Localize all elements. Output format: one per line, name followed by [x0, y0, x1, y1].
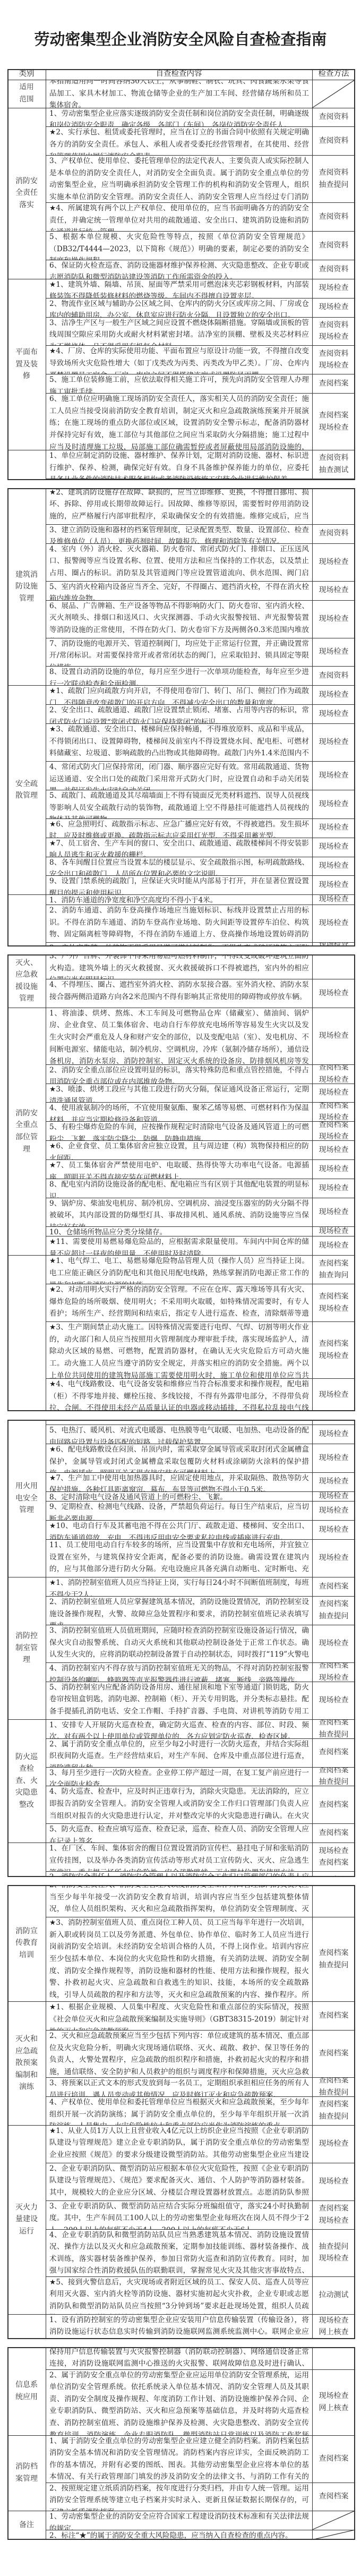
check-item-text: ★3、生产期间禁止动火施工。因特殊情况需要进行电焊、气焊、切割等明火作业的，动火…	[46, 1321, 312, 1378]
major-risk-star-icon: ★	[49, 347, 56, 355]
check-method: 查阅档案	[312, 1823, 355, 1843]
category-label: 消防档案管理	[7, 2435, 46, 2511]
check-item-text: 2、灭火和应急疏散预案应当至少包括下列内容：单位或建筑的基本情况、重点部位及火灾…	[46, 2030, 312, 2077]
method-label: 查阅资料	[319, 135, 349, 147]
method-label: 抽查测试	[319, 464, 349, 476]
method-label: 抽查提问	[319, 179, 349, 191]
item-text: 2、消防安全责任人、消防安全管理人以及消防安全工作归口管理部门的负责人应当至少每…	[49, 1885, 309, 1917]
method-label: 现场检查	[319, 1845, 349, 1857]
check-method: 现场检查	[312, 905, 355, 942]
item-text: 6、应急照明灯、疏散指示标志、应急广播应完好有效，不得被遮挡。发生损坏时，应及时…	[49, 820, 309, 838]
method-label: 查阅资料	[319, 319, 349, 331]
check-method: 现场检查	[312, 1198, 355, 1226]
check-item-text: ★11、需要使用易燃易爆危险品的，应根据需求限量使用。车间内中间仓库的储量不应超…	[46, 1236, 312, 1255]
method-label: 现场检查	[319, 798, 349, 811]
check-method: 现场检查	[312, 838, 355, 857]
method-label: 抽查提问	[319, 1874, 349, 1877]
check-item-text: 8、配电室内消防设施设备的配电柜、配电箱应当有区别于其他配电装置的明显标识。	[46, 1179, 312, 1198]
method-label: 现场检查	[319, 2390, 349, 2402]
method-label: 现场检查	[319, 1475, 349, 1488]
method-label: 现场检查	[319, 736, 349, 748]
check-item-text: 4、产权单位、使用单位和委托管理单位应当根据灭火和应急疏散预案，至少每年组织开展…	[46, 2096, 312, 2125]
method-label: 现场检查	[319, 613, 349, 625]
major-risk-star-icon: ★	[49, 1161, 56, 1170]
item-text: 5、室内消火栓箱内设备应当齐全、完好，不得圈占、遮挡消火栓，不得在消火栓箱内堆放…	[49, 583, 309, 600]
item-text: 5、疏散门、疏散通道及其尽端墙面上不得有镜面反光类材料遮挡、误导人员视线等影响人…	[49, 791, 309, 818]
method-label: 现场检查	[319, 1206, 349, 1218]
item-text: 8、定时清除电气设备及通风管道上的可燃粉尘、飞絮。	[49, 1493, 227, 1502]
method-label: 查阅档案	[319, 2048, 349, 2060]
item-text: 3、生产期间禁止动火施工。因特殊情况需要进行电焊、气焊、切割等明火作业的，动火部…	[49, 1323, 309, 1378]
method-label: 查阅档案	[319, 1338, 349, 1350]
check-method: 现场检查查阅档案	[312, 1843, 355, 1871]
check-method: 现场检查	[312, 1539, 355, 1577]
method-label: 现场检查	[319, 770, 349, 782]
method-label: 查阅资料	[319, 263, 349, 276]
category-label: 防火巡查检查、火灾隐患整改	[7, 1719, 46, 1843]
check-method: 现场检查	[312, 790, 355, 818]
check-item-text: 3、户外广告牌、外装饰不得采用易燃可燃材料制作，不得改变或破坏建筑立面防火构造。…	[46, 954, 312, 979]
check-method: 现场检查	[312, 857, 355, 876]
method-label: 抽查询问	[319, 1269, 349, 1282]
check-method: 查阅档案	[312, 1786, 355, 1823]
check-method: 现场检查	[312, 1491, 355, 1502]
check-method: 现场检查	[312, 279, 355, 298]
check-item-text: ★2、对动用明火实行严格的消防安全管理。不应在仓库、露天堆场等具有火灾、爆炸危险…	[46, 1284, 312, 1321]
check-method: 查阅资料现场检查	[312, 317, 355, 346]
document-title: 劳动密集型企业消防安全风险自查检查指南	[0, 28, 361, 49]
category-label: 灭火力量建设运行	[7, 2125, 46, 2314]
major-risk-star-icon: ★	[49, 725, 56, 733]
method-label: 查阅档案	[319, 1799, 349, 1811]
method-label: 查阅资料	[319, 670, 349, 682]
method-label: 现场检查	[319, 2176, 349, 2188]
check-method: 查阅档案抽查提问	[312, 2096, 355, 2125]
method-label: 现场检查	[319, 1144, 349, 1156]
check-method: 现场检查	[312, 1226, 355, 1236]
method-label: 现场检查	[319, 2315, 349, 2327]
item-text: 4、企业专职消防队和微型消防站队员应当熟悉建筑基本情况、消防设施设置情况、操作方…	[49, 2231, 309, 2276]
item-text: 2、标注“★”的属于消防安全重大风险隐患，应当纳入自查检查的重点内容。	[49, 2531, 293, 2540]
method-label: 现场检查	[319, 841, 349, 853]
item-text: 4、常闭式防火门应保持常闭，闭门器、顺序器应完好有效。常用疏散通道、货物运送通道…	[49, 763, 309, 790]
check-method: 查阅档案	[312, 2001, 355, 2030]
method-label: 现场检查	[319, 1131, 349, 1140]
check-item-text: 5、防火巡查、检查应填写巡查、检查记录，巡查、检查人员、消防安全管理人应在记录上…	[46, 1823, 312, 1843]
scope-text: 本指南适用同一时间容纳30人以上，从事制鞋、制衣、玩具、肉食蔬菜水果等食品加工、…	[46, 80, 312, 108]
item-text: 5、施工单位装修施工前，应依法取得相关施工许可，预先向消防安全管理人办理施工审批…	[49, 376, 309, 393]
method-label: 查阅资料	[319, 167, 349, 179]
check-item-text: 5、消防控制室内应配备消防设备用房、通往屋顶和地下室等通道门锁钥匙，防火卷帘按钮…	[46, 1682, 312, 1719]
item-text: 10、仓储场所物品应分类分垛储存。	[49, 1228, 167, 1236]
method-label: 现场检查	[319, 360, 349, 372]
check-item-text: 4、室内（外）消火栓、灭火器箱、防火卷帘、常闭式防火门、排烟口、正压送风口、报警…	[46, 543, 312, 581]
item-text: 4、不得埋压、圈占、遮挡室外消火栓、消防水泵接合器。室外消火栓、消防水泵接合器两…	[49, 980, 309, 1001]
method-label: 现场检查	[319, 2215, 349, 2227]
item-text: 4、使用液氨制冷的场所，不宜使用聚氨酯、聚苯乙烯等易燃、可燃材料作为保温材料，并…	[49, 1104, 309, 1121]
check-method: 现场检查	[312, 1444, 355, 1472]
check-method: 查阅资料现场检查	[312, 345, 355, 374]
method-label: 现场检查	[319, 708, 349, 720]
item-text: 3、建立消防设施和器材的档案管理制度，记录配置类型、数量、设置部位、检查及维修单…	[49, 526, 309, 543]
item-text: 3、疏散通道、安全出口、楼梯间应保持畅通，不得堆放原料、成品和半成品，不得锁闭出…	[49, 725, 309, 761]
item-text: 5、电热汀、暖风机、对流式电暖器、电热膜等电气取暖、电加热、电动设备的配电回路应…	[49, 1426, 309, 1444]
item-text: 7、员工宿舍、生产车间的窗口、安全出口、疏散通道、疏散楼梯间不得安装影响人员逃生…	[49, 839, 309, 857]
check-method: 查阅资料	[312, 108, 355, 127]
check-item-text: 2、消防安全重点部位应设置明显的标识，落实特殊防范和重点管控措施，不得占用消防安…	[46, 1064, 312, 1084]
method-label: 查阅资料	[319, 452, 349, 464]
check-item-text: 1、消防车通道的净宽度和净空高度均不得小于4米。	[46, 894, 312, 905]
check-item-text: 1、属于消防安全重点单位的劳动密集型企业应建立健全消防档案。消防档案包括消防安全…	[46, 2435, 312, 2483]
item-text: 5、接到火警信息后，火灾现场或者附近区域的员工、保安人员、巡查人员等应利用灭火器…	[49, 2278, 309, 2314]
item-text: 5、有粉尘爆炸危险的车间，应按操作规程定时清除电气设备及通风管道上的可燃粉尘、飞…	[49, 1123, 309, 1140]
item-text: 2、属于消防安全重点单位的劳动密集型企业应运用单位消防安全管理系统，运用单位消防…	[49, 2371, 309, 2435]
method-label: 查阅资料	[319, 111, 349, 123]
item-text: 7、消防设施的电源开关、管道控制阀门，均应处于正常运行位置，并正确设置常开/常闭…	[49, 639, 309, 667]
check-method: 查阅资料	[312, 126, 355, 155]
check-item-text: ★4、所属建筑有两个以上产权单位、使用单位的，应当书面明确各方的消防安全责任，并…	[46, 202, 312, 231]
method-label: 现场检查	[319, 422, 349, 434]
check-item-text: 6、展品、广告牌箱、生产设备等物品不得影响防火门、防火卷帘、室内消火栓、灭火剂喷…	[46, 600, 312, 638]
check-method: 现场检查	[312, 875, 355, 894]
not-applicable-slash-icon	[312, 2511, 355, 2530]
method-label: 现场检查	[319, 1552, 349, 1564]
item-text: 8、各车间醒目位置应当设置本层的楼层显示、安全疏散指示图，标明疏散路线、安全出口…	[49, 858, 309, 876]
check-method: 现场检查	[312, 1501, 355, 1520]
check-item-text: 1、安排专人开展防火巡查检查，确定防火巡查、检查的内容、部位、时段、频次。对有两…	[46, 1719, 312, 1738]
check-method: 查阅档案抽查提问	[312, 1871, 355, 1877]
item-text: 1、劳动密集型企业的消防安全应符合国家工程建设消防技术标准和有关法律法规的规定。	[49, 2512, 309, 2530]
check-method: 现场检查	[312, 942, 355, 946]
major-risk-star-icon: ★	[49, 1579, 56, 1587]
item-text: 9、锅炉房、柴油发电机房、制冷机房、空调机房、油浸变压器室的防火分隔不得被破坏，…	[49, 1199, 309, 1226]
item-text: 5、根据本单位规模、火灾危险性等特点，按照《单位消防安全管理规范》（DB32/T…	[49, 233, 309, 260]
method-label: 查阅档案	[319, 1767, 349, 1777]
check-method: 现场检查	[312, 1425, 355, 1444]
check-item-text: 1、单位应制定消防设施、器材维护、保养计划，定期对消防设施、器材、标识进行维护、…	[46, 450, 312, 479]
check-item-text: ★5、接到火警信息后，火灾现场或者附近区域的员工、保安人员、巡查人员等应利用灭火…	[46, 2276, 312, 2314]
check-method: 查阅资料	[312, 231, 355, 260]
check-method: 查阅档案现场检查	[312, 1121, 355, 1140]
check-item-text: ★3、疏散通道、安全出口、楼梯间应保持畅通，不得堆放原料、成品和半成品，不得锁闭…	[46, 723, 312, 761]
check-item-text: 1、设有消防控制室的劳动密集型企业应安装用户信息传输装置（传输设备），将消防设施…	[46, 2314, 312, 2339]
major-risk-star-icon: ★	[49, 1285, 56, 1294]
check-method: 查阅档案现场检查	[312, 1321, 355, 1378]
item-text: 4、电气线路敷设、电气设备安装和维修应当符合标准要求和操作规程，配电箱（柜）不得…	[49, 1380, 309, 1411]
item-text: 2、按照规定建立纸质消防档案，按年度进行分类归档，并由专人统一管理。运用消防安全…	[49, 2484, 309, 2511]
item-text: 2、消防安全重点部位应设置明显的标识，落实特殊防范和重点管控措施，不得占用消防安…	[49, 1066, 309, 1084]
check-item-text: 7、消防设施的电源开关、管道控制阀门，均应处于正常运行位置，并正确设置常开/常闭…	[46, 638, 312, 667]
check-method: 拉动测试	[312, 2276, 355, 2314]
method-label: 抽查提问	[319, 2087, 349, 2096]
check-item-text: ★1、电气焊工、电工、易燃易爆危险物品管理人员（操作人员）应当持证上岗。电工应能…	[46, 1255, 312, 1284]
check-method: 现场检查	[312, 723, 355, 761]
check-method: 查阅档案现场检查	[312, 1662, 355, 1682]
check-item-text: ★3、消防控制室值班人员、重点岗位工种人员、员工应当每半年进行一次培训，新入职或…	[46, 1917, 312, 2001]
check-item-text: 9、锅炉房、柴油发电机房、制冷机房、空调机房、油浸变压器室的防火分隔不得被破坏，…	[46, 1198, 312, 1226]
method-label: 现场检查	[319, 987, 349, 1000]
major-risk-star-icon: ★	[49, 488, 56, 497]
check-method: 查阅资料	[312, 202, 355, 231]
check-method: 查阅档案	[312, 2483, 355, 2511]
method-label: 现场检查	[319, 1491, 349, 1502]
check-item-text: 9、设置门禁系统的疏散门，应保证火灾时能从内部易于打开，并在显著位置设置醒目的提…	[46, 875, 312, 894]
method-label: 现场检查	[319, 1240, 349, 1252]
item-text: 2、消防安全责任人、消防安全管理人以及消防安全工作归口管理部门的负责人应当至少每…	[49, 1873, 309, 1877]
major-risk-star-icon: ★	[49, 1085, 56, 1094]
check-method: 现场检查	[312, 600, 355, 638]
item-text: 1、将油漆、烘烤、熬炼、木工车间及可燃物品仓库（储藏室）、储油间、锅炉房、企业食…	[49, 1009, 309, 1064]
major-risk-star-icon: ★	[49, 839, 56, 848]
major-risk-star-icon: ★	[49, 1918, 56, 1927]
check-item-text: ★7、员工宿舍、生产车间的窗口、安全出口、疏散通道、疏散楼梯间不得安装影响人员逃…	[46, 838, 312, 857]
method-label: 现场检查	[319, 331, 349, 343]
check-item-text: ★7、员工集体宿舍严禁使用电炉、电取暖、热得快等大功率电气设备。电源插座、照明开…	[46, 1159, 312, 1179]
item-text: 3、每月至少进行一次防火检查。企业停工停产超过一周，在复工复产前应进行一次全面防…	[49, 1769, 309, 1786]
item-text: 3、户外广告牌、外装饰不得采用易燃可燃材料制作，不得改变或破坏建筑立面防火构造。…	[49, 954, 309, 979]
check-item-text: ★6、应急照明灯、疏散指示标志、应急广播应完好有效，不得被遮挡。发生损坏时，应及…	[46, 818, 312, 838]
item-text: 7、生产加工中使用电加热器具时，应固定使用地点，并采取隔热、散热等防火保护措施。…	[49, 1474, 309, 1491]
check-method: 查阅档案现场检查	[312, 1064, 355, 1084]
check-item-text: 2、消防安全责任人、消防安全管理人以及消防安全工作归口管理部门的负责人应当至少每…	[46, 1885, 312, 1917]
check-item-text: 6、保证防火检查巡查、消防设施器材维护保养检测、火灾隐患整改、企业专职或志愿消防…	[46, 260, 312, 279]
item-text: 2、安全出口、疏散通道、疏散门应设置禁止锁闭、堵塞、占用等内容的标识，常闭式防火…	[49, 706, 309, 723]
item-text: 4、厂房、仓库的实际使用功能、平面布置应与原设计功能一致，不得擅自改变导致场所火…	[49, 347, 309, 374]
check-item-text: ★4、电气线路敷设、电气设备安装和维修应当符合标准要求和操作规程，配电箱（柜）不…	[46, 1420, 312, 1425]
check-item-text: 3、产权单位、使用单位、委托管理单位的法定代表人、主要负责人或实际控制人是本单位…	[46, 155, 312, 202]
method-label: 抽查提问	[319, 1610, 349, 1623]
item-text: 4、电气线路敷设、电气设备安装和维修应当符合标准要求和操作规程，配电箱（柜）不得…	[49, 1420, 309, 1425]
method-label: 现场检查	[319, 1350, 349, 1362]
category-label: 安全疏散管理	[7, 685, 46, 894]
check-method: 查阅档案现场检查	[312, 1284, 355, 1321]
check-method: 现场检查	[312, 704, 355, 723]
item-text: 3、户外广告牌、外装饰不得采用易燃可燃材料制作，不得改变或破坏建筑立面防火构造。…	[49, 944, 309, 946]
item-text: 8、设置自动消防设施的单位，每月应至少进行一次单项功能检查，每年应至少进行一次联…	[49, 668, 309, 685]
method-label: 抽查提问	[319, 1729, 349, 1738]
check-item-text: 2、物流作业区域与辅助办公区域之间、仓库内的防火分区或库房之间、厂房或仓库内的辅…	[46, 298, 312, 317]
category-label: 消防安全责任落实	[7, 108, 46, 279]
check-item-text: 4、消防控制室内不得存放与消防控制室值班无关的物品，不得对消防控制室报警控制设备…	[46, 1662, 312, 1682]
check-item-text: ★4、厂房、仓库的实际使用功能、平面布置应与原设计功能一致，不得擅自改变导致场所…	[46, 345, 312, 374]
item-text: 4、所属建筑有两个以上产权单位、使用单位的，应当书面明确各方的消防安全责任，并确…	[49, 204, 309, 231]
method-label: 现场检查	[319, 1303, 349, 1315]
item-text: 2、消防控制室值班人员应掌握建筑基本情况，消防设施设置情况，消防控制室设施设备操…	[49, 1598, 309, 1625]
method-label: 查阅档案	[319, 2099, 349, 2111]
method-label: 现场检查	[319, 2253, 349, 2265]
item-text: 8、配电室内消防设施设备的配电柜、配电箱应当有区别于其他配电装置的明显标识。	[49, 1180, 309, 1198]
check-method: 查阅档案	[312, 2030, 355, 2077]
check-item-text: ★1、根据企业规模、人员集中程度、火灾危险性和重点部位的实际情况，按照《社会单位…	[46, 2001, 312, 2030]
item-text: 2、企业专职消防队、微型消防站应根据本单位火灾危险性，按照《企业专职消防队建设与…	[49, 2164, 309, 2200]
check-method: 查阅资料现场检查	[312, 479, 355, 480]
major-risk-star-icon: ★	[49, 1445, 56, 1454]
check-item-text: 5、疏散门、疏散通道及其尽端墙面上不得有镜面反光类材料遮挡、误导人员视线等影响人…	[46, 790, 312, 818]
method-label: 查阅档案	[319, 1598, 349, 1610]
category-label: 信息系统应用	[7, 2347, 46, 2435]
check-method: 查阅档案	[312, 374, 355, 393]
item-text: 10、电动自行车及其蓄电池不得在公共门厅、疏散走道、楼梯间、安全出口、消防车通道…	[49, 1522, 309, 1539]
item-text: 1、根据企业规模、人员集中程度、火灾危险性和重点部位的实际情况，按照《社会单位灭…	[49, 2003, 309, 2030]
item-text: 1、安排专人开展防火巡查检查，确定防火巡查、检查的内容、部位、时段、频次。对有两…	[49, 1721, 309, 1738]
item-text: 3、产权单位、使用单位、委托管理单位的法定代表人、主要负责人或实际控制人是本单位…	[49, 157, 309, 202]
check-item-text: ★1、从业人员1万人以上且营业收入4亿元以上纺织企业应当按照《企业专职消防队建设…	[46, 2125, 312, 2163]
method-label: 查阅档案	[319, 2203, 349, 2215]
check-item-text: 3、消防控制室值班人员值班期间，应随时检查消防控制室设施设备运行情况，确保火灾自…	[46, 1625, 312, 1662]
method-label: 拉动测试	[319, 2289, 349, 2301]
item-text: 1、从业人员1万人以上且营业收入4亿元以上纺织企业应当按照《企业专职消防队建设与…	[49, 2127, 309, 2163]
check-method: 查阅档案现场检查	[312, 393, 355, 450]
method-label: 查阅档案	[319, 2490, 349, 2503]
item-text: 4、产权单位、使用单位和委托管理单位应当根据灭火和应急疏散预案，至少每年组织开展…	[49, 2098, 309, 2125]
method-label: 抽查提问	[319, 1959, 349, 1972]
item-text: 1、属于消防安全重点单位的劳动密集型企业应建立健全消防档案。消防档案包括消防安全…	[49, 2437, 309, 2483]
method-label: 现场检查	[319, 689, 349, 701]
category-label: 消防控制室管理	[7, 1577, 46, 1719]
item-text: 1、设有消防控制室的劳动密集型企业应安装用户信息传输装置（传输设备），将消防设施…	[49, 2316, 309, 2339]
item-text: 2、属于消防安全重点单位的，应至少每2小时进行一次防火巡查，并结合实际组织夜间防…	[49, 1740, 309, 1767]
method-label: 现场检查	[319, 1524, 349, 1536]
item-text: 1、单位应制定消防设施、器材维护、保养计划，定期对消防设施、器材、标识进行维护、…	[49, 451, 309, 479]
major-risk-star-icon: ★	[49, 1474, 56, 1482]
check-item-text: ★7、生产加工中使用电加热器具时，应固定使用地点，并采取隔热、散热等防火保护措施…	[46, 1472, 312, 1491]
check-method: 现场检查	[312, 818, 355, 838]
major-risk-star-icon: ★	[49, 204, 56, 212]
check-item-text: ★2、建筑消防设施存在故障、缺损的，应当立即维修、更换，不得擅自挪用、损坏、拆除…	[46, 479, 312, 480]
check-item-text: 2、按照规定建立纸质消防档案，按年度进行分类归档，并由专人统一管理。运用消防安全…	[46, 2483, 312, 2511]
method-label: 查阅资料	[319, 348, 349, 360]
category-label: 消防宣传教育培训	[7, 1885, 46, 2001]
check-method: 现场检查	[312, 581, 355, 600]
method-label: 网上核查	[319, 2326, 349, 2339]
check-item-text: ★3、喷漆、烘烤工段应与其他工段进行防火分隔，保证通风设备正常运行，定期清洗通风…	[46, 1084, 312, 1103]
check-item-text: 11、员工使用电动自行车较多的场所，应当设置集中存放和充电场所，并宜独立设置在室…	[46, 1539, 312, 1577]
category-label: 消防安全重点部位管理	[7, 1008, 46, 1256]
check-method: 现场检查	[312, 2125, 355, 2163]
check-item-text: 9、定期检查、检测电气线路、设备，严禁超负荷运行。每日生产结束后，应当切断非必要…	[46, 1501, 312, 1520]
check-item-text: 1、将油漆、烘烤、熬炼、木工车间及可燃物品仓库（储藏室）、储油间、锅炉房、企业食…	[46, 1008, 312, 1064]
check-method: 现场检查网上核查	[312, 2314, 355, 2339]
check-method: 查阅档案现场检查	[312, 2200, 355, 2229]
item-text: 5、防火巡查、检查应填写巡查、检查记录，巡查、检查人员、消防安全管理人应在记录上…	[49, 1825, 309, 1843]
check-method: 查阅档案抽查提问	[312, 2077, 355, 2096]
check-method: 查阅资料抽查测试	[312, 450, 355, 479]
major-risk-star-icon: ★	[49, 1522, 56, 1530]
check-item-text: 3、将预案以正式文本的形式发放到每一名员工，定期组织承担相应任务的所有人员进行培…	[46, 2077, 312, 2096]
method-label: 现场检查	[319, 942, 349, 946]
check-item-text: 5、根据本单位规模、火灾危险性等特点，按照《单位消防安全管理规范》（DB32/T…	[46, 231, 312, 260]
method-label: 查阅档案	[319, 410, 349, 422]
major-risk-star-icon: ★	[49, 2127, 56, 2135]
item-text: 2、消防车通道、消防车登高操作场地应当施划标识、标线并设置禁止占用的标识。不得在…	[49, 906, 309, 942]
method-label: 现场检查	[319, 2138, 349, 2150]
method-label: 查阅档案	[319, 1064, 349, 1074]
item-text: 11、需要使用易燃易爆危险品的，应根据需求限量使用。车间内中间仓库的储量不应超过…	[49, 1238, 309, 1255]
check-method: 查阅资料抽查提问	[312, 155, 355, 202]
method-label: 查阅资料	[319, 211, 349, 223]
method-label: 查阅资料	[319, 527, 349, 540]
not-applicable-slash-icon	[312, 80, 355, 108]
check-method: 现场检查	[312, 761, 355, 790]
check-item-text: 5、电热汀、暖风机、对流式电暖器、电热膜等电气取暖、电加热、电动设备的配电回路应…	[46, 1425, 312, 1444]
item-text: 2、建筑消防设施存在故障、缺损的，应当立即维修、更换，不得擅自挪用、损坏、拆除、…	[49, 488, 309, 524]
check-method: 查阅档案抽查提问	[312, 1767, 355, 1786]
check-item-text: ★1、消防控制室值班人员应当持证上岗，实行每日24小时不间断值班制度，每班不得少…	[46, 1577, 312, 1596]
check-item-text: 10、仓储场所物品应分类分垛储存。	[46, 1226, 312, 1236]
check-method: 现场检查	[312, 543, 355, 581]
item-text: 4、室内（外）消火栓、灭火器箱、防火卷帘、常闭式防火门、排烟口、正压送风口、报警…	[49, 545, 309, 581]
method-label: 现场检查	[319, 646, 349, 658]
check-method: 查阅档案现场检查	[312, 1102, 355, 1121]
check-item-text: 2、安全出口、疏散通道、疏散门应设置禁止锁闭、堵塞、占用等内容的标识，常闭式防火…	[46, 704, 312, 723]
check-item-text: 6、施工单位应明确施工现场消防安全责任人，落实相关人员的消防安全责任；施工人员应…	[46, 393, 312, 450]
check-method: 查阅档案抽查询问	[312, 1255, 355, 1284]
method-label: 现场检查	[319, 1226, 349, 1236]
category-label: 备注	[7, 2511, 46, 2540]
item-text: 6、配电线路敷设在闷顶、吊顶内时，需采取穿金属导管或采取封闭式金属槽盒保护，金属…	[49, 1445, 309, 1472]
check-method: 现场检查	[312, 1378, 355, 1411]
item-text: 3、洁净生产区与一般生产区域之间应设置不燃烧体隔断措施。穿隔墙或顶板的管线周围空…	[49, 319, 309, 346]
item-text: 9、定期检查、检测电气线路、设备，严禁超负荷运行。每日生产结束后，应当切断非必要…	[49, 1503, 309, 1520]
item-text: 4、防火巡查、检查中，应及时纠正违章行为，消除火灾隐患。无法消除的，应立即报告消…	[49, 1787, 309, 1823]
check-method: 查阅档案抽查提问	[312, 1596, 355, 1625]
method-label: 查阅档案	[319, 2453, 349, 2465]
method-label: 查阅档案	[319, 1121, 349, 1131]
check-item-text: 2、企业专职消防队、微型消防站应根据本单位火灾危险性，按照《企业专职消防队建设与…	[46, 2163, 312, 2200]
method-label: 查阅档案	[319, 1102, 349, 1112]
method-label: 现场检查	[319, 1030, 349, 1042]
check-item-text: 5、施工单位装修施工前，应依法取得相关施工许可，预先向消防安全管理人办理施工审批…	[46, 374, 312, 393]
check-method: 现场检查	[312, 979, 355, 1008]
method-label: 现场检查	[319, 879, 349, 891]
check-method: 查阅档案抽查提问	[312, 1719, 355, 1738]
check-method: 现场检查	[312, 298, 355, 317]
item-text: 1、消防车通道的净宽度和净空高度均不得小于4米。	[49, 896, 217, 905]
method-label: 查阅档案	[319, 1662, 349, 1672]
method-label: 现场检查	[319, 822, 349, 834]
check-method: 查阅档案	[312, 2435, 355, 2483]
method-label: 现场检查	[319, 894, 349, 905]
check-method: 查阅资料	[312, 260, 355, 279]
item-text: 6、展品、广告牌箱、生产设备等物品不得影响防火门、防火卷帘、室内消火栓、灭火剂喷…	[49, 602, 309, 638]
item-text: 6、企业食堂、员工集体宿舍应独立设置，且与周边建（构）筑物保持相应的防火间距。	[49, 1142, 309, 1159]
column-header-category: 类别	[7, 69, 46, 80]
check-method: 现场检查	[312, 1008, 355, 1064]
method-label: 现场检查	[319, 479, 349, 480]
method-label: 现场检查	[319, 301, 349, 313]
check-item-text: 3、企业专职消防队、微型消防站应结合实际分班编组值守，落实24小时执勤制度。其中…	[46, 2200, 312, 2229]
check-item-text: 3、建立消防设施和器材的档案管理制度，记录配置类型、数量、设置部位、检查及维修单…	[46, 524, 312, 543]
method-label: 现场检查	[319, 1074, 349, 1084]
item-text: 11、员工使用电动自行车较多的场所，应当设置集中存放和充电场所，并宜独立设置在室…	[49, 1541, 309, 1577]
check-item-text: 2、消防安全责任人、消防安全管理人以及消防安全工作归口管理部门的负责人应当至少每…	[46, 1871, 312, 1877]
major-risk-star-icon: ★	[49, 1323, 56, 1332]
check-item-text: ★6、企业食堂、员工集体宿舍应独立设置，且与周边建（构）筑物保持相应的防火间距。	[46, 1140, 312, 1159]
major-risk-star-icon: ★	[49, 2278, 56, 2287]
check-item-text: ★6、配电线路敷设在闷顶、吊顶内时，需采取穿金属导管或采取封闭式金属槽盒保护，金…	[46, 1444, 312, 1472]
method-label: 抽查提问	[319, 2241, 349, 2253]
check-item-text: 1、在厂区、车间、集体宿舍的醒目位置设置消防宣传栏、悬挂电子屏和张贴消防宣传挂图…	[46, 1843, 312, 1871]
check-method: 现场检查网上核查	[312, 2369, 355, 2435]
item-text: 2、对动用明火实行严格的消防安全管理。不应在仓库、露天堆场等具有火灾、爆炸危险的…	[49, 1285, 309, 1321]
check-item-text: 8、设置自动消防设施的单位，每月应至少进行一次单项功能检查，每年应至少进行一次联…	[46, 666, 312, 685]
check-method: 查阅档案抽查提问	[312, 1917, 355, 2001]
item-text: 5、消防控制室内应配备消防设备用房、通往屋顶和地下室等通道门锁钥匙，防火卷帘按钮…	[49, 1683, 309, 1719]
check-item-text: ★2、建筑消防设施存在故障、缺损的，应当立即维修、更换，不得擅自挪用、损坏、拆除…	[46, 488, 312, 524]
category-label: 平面布置及装修	[7, 279, 46, 450]
category-label: 建筑消防设施管理	[7, 488, 46, 685]
check-item-text: 8、定时清除电气设备及通风管道上的可燃粉尘、飞絮。	[46, 1491, 312, 1502]
